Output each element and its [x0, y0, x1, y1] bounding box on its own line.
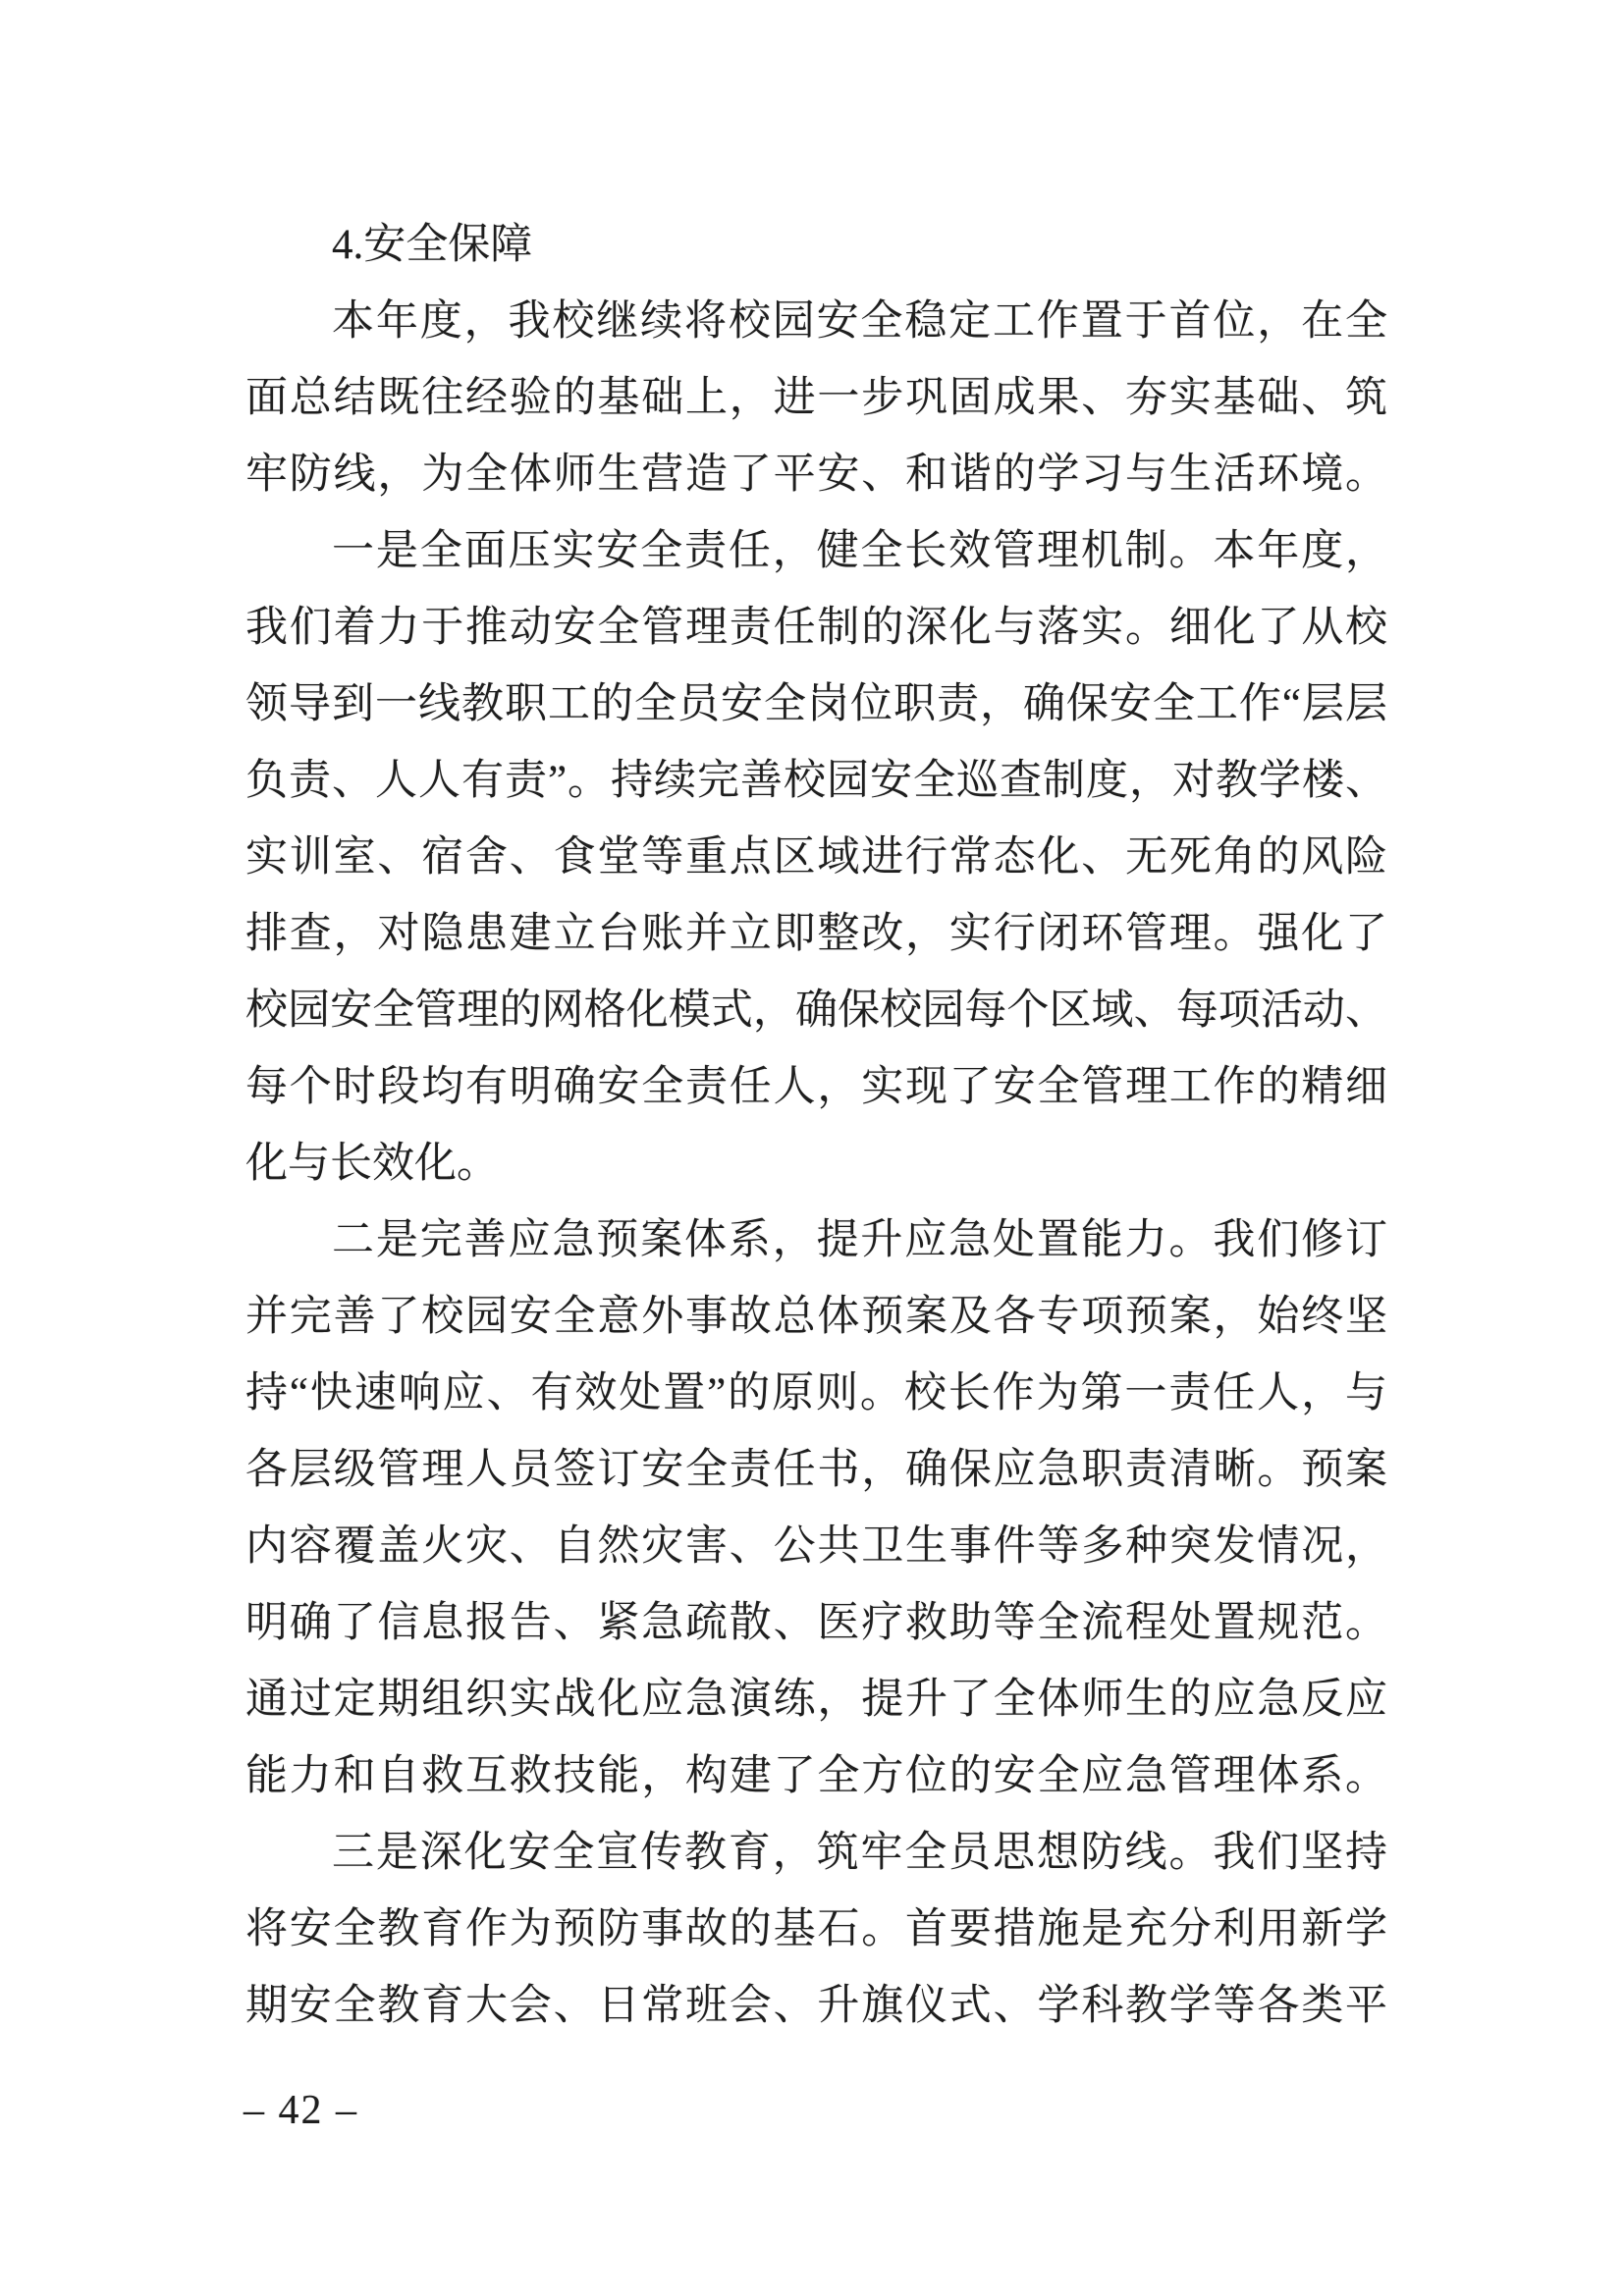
text-line: 期安全教育大会、日常班会、升旗仪式、学科教学等各类平: [245, 1968, 1387, 2045]
text-line: 牢防线，为全体师生营造了平安、和谐的学习与生活环境。: [245, 437, 1387, 513]
text-line: 持“快速响应、有效处置”的原则。校长作为第一责任人，与: [245, 1356, 1387, 1432]
text-line: 三是深化安全宣传教育，筑牢全员思想防线。我们坚持: [245, 1815, 1387, 1892]
text-line: 我们着力于推动安全管理责任制的深化与落实。细化了从校: [245, 590, 1387, 667]
section-heading: 4.安全保障: [245, 207, 1387, 284]
text-line: 一是全面压实安全责任，健全长效管理机制。本年度，: [245, 513, 1387, 590]
text-line: 本年度，我校继续将校园安全稳定工作置于首位，在全: [245, 284, 1387, 360]
text-line: 校园安全管理的网格化模式，确保校园每个区域、每项活动、: [245, 973, 1387, 1049]
text-line: 内容覆盖火灾、自然灾害、公共卫生事件等多种突发情况，: [245, 1509, 1387, 1585]
text-line: 二是完善应急预案体系，提升应急处置能力。我们修订: [245, 1202, 1387, 1279]
text-line: 排查，对隐患建立台账并立即整改，实行闭环管理。强化了: [245, 896, 1387, 973]
text-line: 负责、人人有责”。持续完善校园安全巡查制度，对教学楼、: [245, 743, 1387, 820]
paragraph: 一是全面压实安全责任，健全长效管理机制。本年度，我们着力于推动安全管理责任制的深…: [245, 513, 1387, 1202]
paragraph: 本年度，我校继续将校园安全稳定工作置于首位，在全面总结既往经验的基础上，进一步巩…: [245, 284, 1387, 513]
text-line: 并完善了校园安全意外事故总体预案及各专项预案，始终坚: [245, 1279, 1387, 1356]
text-line: 实训室、宿舍、食堂等重点区域进行常态化、无死角的风险: [245, 820, 1387, 896]
document-page: 4.安全保障 本年度，我校继续将校园安全稳定工作置于首位，在全面总结既往经验的基…: [0, 0, 1624, 2296]
text-line: 通过定期组织实战化应急演练，提升了全体师生的应急反应: [245, 1662, 1387, 1738]
text-line: 能力和自救互救技能，构建了全方位的安全应急管理体系。: [245, 1738, 1387, 1815]
text-line: 化与长效化。: [245, 1126, 1387, 1202]
paragraph: 三是深化安全宣传教育，筑牢全员思想防线。我们坚持将安全教育作为预防事故的基石。首…: [245, 1815, 1387, 2045]
text-line: 领导到一线教职工的全员安全岗位职责，确保安全工作“层层: [245, 667, 1387, 743]
text-line: 各层级管理人员签订安全责任书，确保应急职责清晰。预案: [245, 1432, 1387, 1509]
text-block: 4.安全保障 本年度，我校继续将校园安全稳定工作置于首位，在全面总结既往经验的基…: [245, 207, 1387, 2045]
page-number: – 42 –: [244, 2081, 358, 2140]
text-line: 明确了信息报告、紧急疏散、医疗救助等全流程处置规范。: [245, 1585, 1387, 1662]
text-line: 面总结既往经验的基础上，进一步巩固成果、夯实基础、筑: [245, 360, 1387, 437]
text-line: 将安全教育作为预防事故的基石。首要措施是充分利用新学: [245, 1892, 1387, 1968]
paragraph: 二是完善应急预案体系，提升应急处置能力。我们修订并完善了校园安全意外事故总体预案…: [245, 1202, 1387, 1815]
text-line: 每个时段均有明确安全责任人，实现了安全管理工作的精细: [245, 1049, 1387, 1126]
